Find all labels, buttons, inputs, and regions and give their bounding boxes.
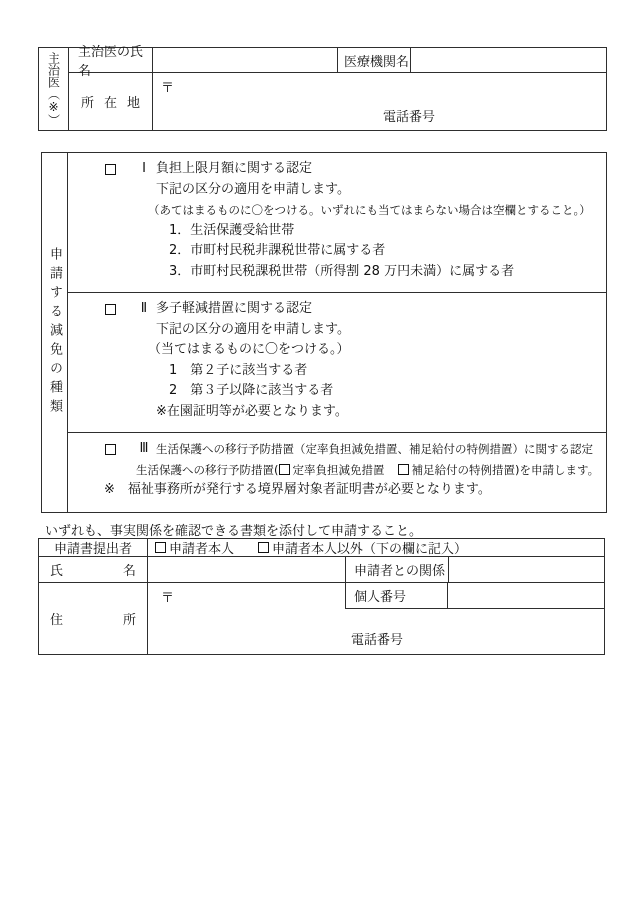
physician-side-label: 主治医（※） [48, 52, 60, 126]
physician-phone-label: 電話番号 [383, 106, 435, 125]
institution-name-field[interactable] [411, 48, 606, 73]
section-ii-checkbox[interactable] [105, 304, 116, 315]
postal-mark: 〒 [161, 587, 174, 606]
section-i-instruction: 下記の区分の適用を申請します。 [68, 180, 606, 201]
exemption-table: 申請する減免の種類 Ⅰ 負担上限月額に関する認定 下記の区分の適用を申請します。… [41, 152, 607, 513]
submitter-label: 申請書提出者 [39, 539, 148, 557]
apply-prefix: 生活保護への移行予防措置( [136, 463, 279, 477]
section-iii-numeral: Ⅲ [132, 439, 156, 460]
physician-name-label: 主治医の氏名 [69, 48, 153, 73]
section-i-checkbox[interactable] [105, 164, 116, 175]
section-ii-title: 多子軽減措置に関する認定 [156, 299, 312, 320]
submitter-options: 申請者本人 申請者本人以外（下の欄に記入） [148, 539, 604, 557]
personal-number-field[interactable] [448, 583, 604, 608]
hosoku-option-checkbox[interactable] [398, 464, 409, 475]
submitter-address-field[interactable]: 〒 個人番号 電話番号 [148, 583, 604, 654]
submitter-other-label: 申請者本人以外（下の欄に記入） [272, 538, 467, 557]
teiritsu-option-label: 定率負担減免措置 [293, 463, 385, 477]
physician-address-label: 所在地 [69, 73, 153, 130]
personal-number-label: 個人番号 [346, 583, 448, 608]
section-ii-instruction-note: （当てはまるものに〇をつける。） [68, 340, 606, 361]
institution-name-label: 医療機関名 [338, 48, 411, 73]
section-ii-instruction: 下記の区分の適用を申請します。 [68, 320, 606, 341]
submitter-name-field[interactable] [148, 557, 346, 583]
exemption-side-header: 申請する減免の種類 [42, 153, 68, 512]
submitter-table: 申請書提出者 申請者本人 申請者本人以外（下の欄に記入） 氏名 申請者との関係 … [38, 538, 605, 655]
submitter-name-label: 氏名 [39, 557, 148, 583]
section-i-item-1: 1．生活保護受給世帯 [68, 221, 606, 242]
section-ii: Ⅱ 多子軽減措置に関する認定 下記の区分の適用を申請します。 （当てはまるものに… [68, 293, 606, 433]
section-iii-title: 生活保護への移行予防措置（定率負担減免措置、補足給付の特例措置）に関する認定 [156, 439, 593, 460]
relation-field[interactable] [449, 557, 604, 583]
submitter-self-checkbox[interactable] [155, 542, 166, 553]
form-page: 主治医（※） 主治医の氏名 医療機関名 所在地 〒 電話番号 申請する減免の種類… [0, 0, 630, 903]
section-iii-apply-line: 生活保護への移行予防措置(定率負担減免措置補足給付の特例措置)を申請します。 [68, 460, 606, 481]
section-iii-note: ※ 福祉事務所が発行する境界層対象者証明書が必要となります。 [68, 480, 606, 501]
exemption-side-label: 申請する減免の種類 [48, 247, 61, 418]
section-i-item-2: 2．市町村民税非課税世帯に属する者 [68, 241, 606, 262]
section-iii: Ⅲ 生活保護への移行予防措置（定率負担減免措置、補足給付の特例措置）に関する認定… [68, 433, 606, 512]
submitter-other-checkbox[interactable] [258, 542, 269, 553]
section-ii-numeral: Ⅱ [132, 299, 156, 320]
submitter-self-label: 申請者本人 [169, 538, 234, 557]
personal-number-box: 個人番号 [345, 583, 604, 609]
section-i-instruction-note: （あてはまるものに〇をつける。いずれにも当てはまらない場合は空欄とすること。） [68, 200, 606, 221]
physician-name-field[interactable] [153, 48, 338, 73]
submitter-phone-label: 電話番号 [351, 629, 403, 648]
section-i: Ⅰ 負担上限月額に関する認定 下記の区分の適用を申請します。 （あてはまるものに… [68, 153, 606, 293]
attachment-note: いずれも、事実関係を確認できる書類を添付して申請すること。 [45, 520, 422, 539]
section-ii-item-1: 1 第２子に該当する者 [68, 361, 606, 382]
submitter-address-label: 住所 [39, 583, 148, 654]
physician-side-header: 主治医（※） [39, 48, 69, 130]
hosoku-option-label: 補足給付の特例措置 [412, 463, 516, 477]
section-ii-note: ※在園証明等が必要となります。 [68, 402, 606, 423]
teiritsu-option-checkbox[interactable] [279, 464, 290, 475]
physician-table: 主治医（※） 主治医の氏名 医療機関名 所在地 〒 電話番号 [38, 47, 607, 131]
apply-suffix: )を申請します。 [515, 463, 599, 477]
relation-label: 申請者との関係 [346, 557, 449, 583]
postal-mark: 〒 [161, 77, 174, 96]
section-i-item-3: 3．市町村民税課税世帯（所得割 28 万円未満）に属する者 [68, 262, 606, 283]
section-i-title: 負担上限月額に関する認定 [156, 159, 312, 180]
section-ii-item-2: 2 第３子以降に該当する者 [68, 381, 606, 402]
section-i-numeral: Ⅰ [132, 159, 156, 180]
physician-address-field[interactable]: 〒 電話番号 [153, 73, 606, 130]
section-iii-checkbox[interactable] [105, 444, 116, 455]
